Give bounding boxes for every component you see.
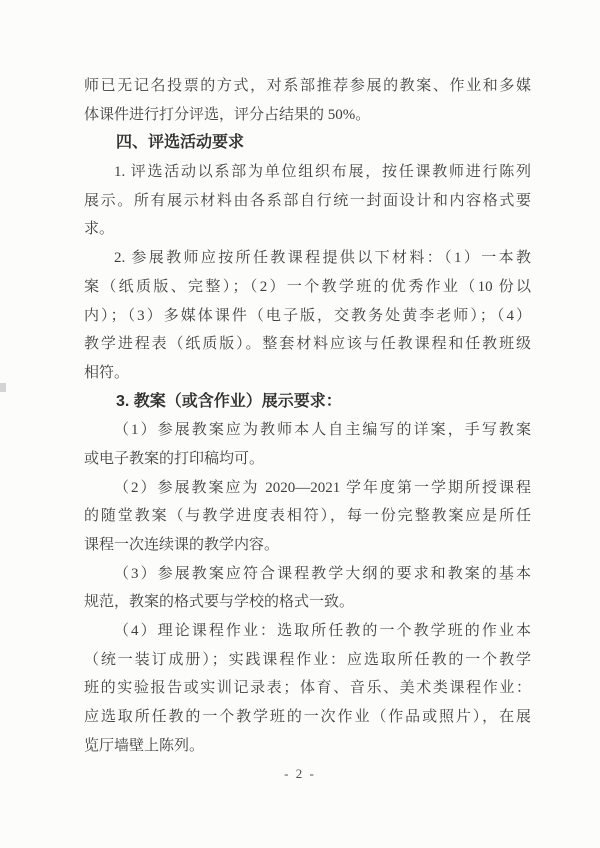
text-line: （1）参展教案应为教师本人自主编写的详案，手写教案 — [84, 416, 531, 445]
text-line: 览厅墙壁上陈列。 — [84, 732, 531, 761]
scan-artifact — [0, 383, 6, 392]
text-line: 内）；（3）多媒体课件（电子版，交教务处黄李老师）；（4） — [84, 302, 531, 331]
text-line: 课程一次连续课的教学内容。 — [84, 531, 531, 560]
text-line: 展示。所有展示材料由各系部自行统一封面设计和内容格式要 — [84, 187, 531, 216]
text-line: （3）参展教案应符合课程教学大纲的要求和教案的基本 — [84, 560, 531, 589]
heading-line: 四、评选活动要求 — [84, 129, 531, 158]
text-line: 或电子教案的打印稿均可。 — [84, 445, 531, 474]
text-line: 1. 评选活动以系部为单位组织布展，按任课教师进行陈列 — [84, 158, 531, 187]
text-line: 教学进程表（纸质版）。整套材料应该与任教课程和任教班级 — [84, 330, 531, 359]
page-number: - 2 - — [0, 766, 600, 782]
document-page: 师已无记名投票的方式，对系部推荐参展的教案、作业和多媒体课件进行打分评选，评分占… — [0, 0, 600, 848]
text-line: 应选取所任教的一个教学班的一次作业（作品或照片），在展 — [84, 703, 531, 732]
text-line: （2）参展教案应为 2020—2021 学年度第一学期所授课程 — [84, 474, 531, 503]
text-line: 班的实验报告或实训记录表；体育、音乐、美术类课程作业： — [84, 674, 531, 703]
text-line: 求。 — [84, 215, 531, 244]
heading-line: 3. 教案（或含作业）展示要求： — [84, 388, 531, 417]
text-line: 2. 参展教师应按所任教课程提供以下材料：（1）一本教 — [84, 244, 531, 273]
text-body: 师已无记名投票的方式，对系部推荐参展的教案、作业和多媒体课件进行打分评选，评分占… — [84, 72, 531, 761]
text-line: （4）理论课程作业：选取所任教的一个教学班的作业本 — [84, 617, 531, 646]
text-line: 师已无记名投票的方式，对系部推荐参展的教案、作业和多媒 — [84, 72, 531, 101]
text-line: （统一装订成册）；实践课程作业：应选取所任教的一个教学 — [84, 646, 531, 675]
text-line: 相符。 — [84, 359, 531, 388]
text-line: 规范，教案的格式要与学校的格式一致。 — [84, 588, 531, 617]
text-line: 体课件进行打分评选，评分占结果的 50%。 — [84, 101, 531, 130]
text-line: 案（纸质版、完整）；（2）一个教学班的优秀作业（10 份以 — [84, 273, 531, 302]
text-line: 的随堂教案（与教学进度表相符），每一份完整教案应是所任 — [84, 502, 531, 531]
